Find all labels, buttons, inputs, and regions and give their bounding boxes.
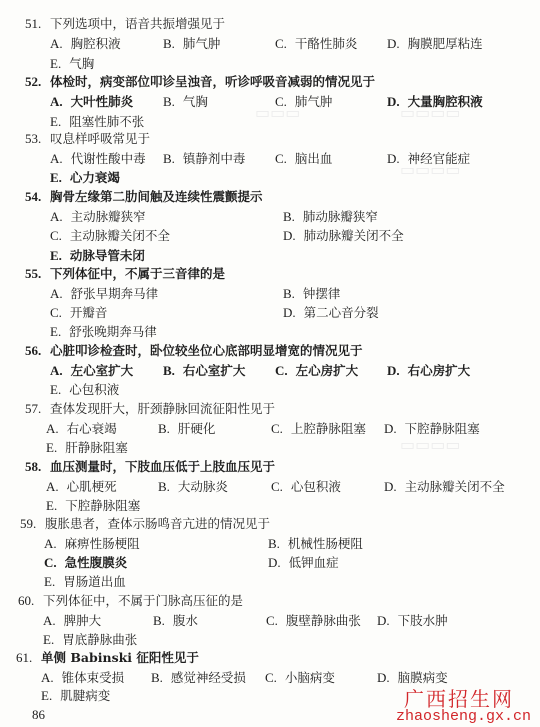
option-b: B.镇静剂中毒 xyxy=(163,149,245,169)
question-number: 51. xyxy=(25,14,41,34)
option-e: E.下腔静脉阻塞 xyxy=(46,496,140,516)
option-c: C.左心房扩大 xyxy=(275,361,358,381)
option-d: D.主动脉瓣关闭不全 xyxy=(384,477,505,497)
option-c: C.肺气肿 xyxy=(275,92,332,112)
option-d: D.低钾血症 xyxy=(268,553,339,573)
question-text: 心脏叩诊检查时，卧位较坐位心底部明显增宽的情况见于 xyxy=(50,341,363,361)
option-a: A.心肌梗死 xyxy=(46,477,117,497)
question-text: 单侧 Babinski 征阳性见于 xyxy=(41,648,199,668)
option-a: A.锥体束受损 xyxy=(41,668,124,688)
option-a: A.左心室扩大 xyxy=(50,361,133,381)
option-d: D.下腔静脉阻塞 xyxy=(384,419,480,439)
question-number: 53. xyxy=(25,129,41,149)
option-d: D.胸膜肥厚粘连 xyxy=(387,34,483,54)
option-a: A.胸腔积液 xyxy=(50,34,121,54)
question-number: 58. xyxy=(25,457,41,477)
option-a: A.舒张早期奔马律 xyxy=(50,284,158,304)
question-text: 血压测量时，下肢血压低于上肢血压见于 xyxy=(50,457,275,477)
option-e: E.舒张晚期奔马律 xyxy=(50,322,157,342)
question-number: 54. xyxy=(25,187,41,207)
option-e: E.心包积液 xyxy=(50,380,119,400)
option-b: B.右心室扩大 xyxy=(163,361,245,381)
option-b: B.肺气肿 xyxy=(163,34,220,54)
question-text: 查体发现肝大，肝颈静脉回流征阳性见于 xyxy=(50,399,275,419)
option-c: C.开瓣音 xyxy=(50,303,107,323)
question-number: 59. xyxy=(20,514,36,534)
option-c: C.腹壁静脉曲张 xyxy=(266,611,361,631)
option-a: A.右心衰竭 xyxy=(46,419,117,439)
option-c: C.干酪性肺炎 xyxy=(275,34,357,54)
option-b: B.腹水 xyxy=(153,611,198,631)
option-b: B.大动脉炎 xyxy=(158,477,228,497)
option-a: A.代谢性酸中毒 xyxy=(50,149,146,169)
option-b: B.机械性肠梗阻 xyxy=(268,534,363,554)
option-e: E.气胸 xyxy=(50,54,94,74)
option-c: C.小脑病变 xyxy=(265,668,335,688)
option-c: C.主动脉瓣关闭不全 xyxy=(50,226,170,246)
option-c: C.上腔静脉阻塞 xyxy=(271,419,366,439)
option-c: C.急性腹膜炎 xyxy=(44,553,127,573)
question-text: 下列选项中，语音共振增强见于 xyxy=(50,14,225,34)
question-number: 57. xyxy=(25,399,41,419)
question-text: 叹息样呼吸常见于 xyxy=(50,129,150,149)
question-text: 下列体征中，不属于三音律的是 xyxy=(50,264,225,284)
question-number: 56. xyxy=(25,341,41,361)
option-d: D.大量胸腔积液 xyxy=(387,92,483,112)
question-number: 60. xyxy=(18,591,34,611)
question-number: 61. xyxy=(16,648,32,668)
option-b: B.感觉神经受损 xyxy=(151,668,246,688)
question-text: 胸骨左缘第二肋间触及连续性震颤提示 xyxy=(50,187,263,207)
option-b: B.气胸 xyxy=(163,92,208,112)
option-b: B.肝硬化 xyxy=(158,419,215,439)
option-e: E.动脉导管未闭 xyxy=(50,246,145,266)
option-a: A.脾肿大 xyxy=(43,611,101,631)
option-d: D.下肢水肿 xyxy=(377,611,448,631)
option-a: A.大叶性肺炎 xyxy=(50,92,133,112)
question-number: 52. xyxy=(25,72,41,92)
option-e: E.胃底静脉曲张 xyxy=(43,630,137,650)
option-e: E.心力衰竭 xyxy=(50,168,120,188)
page-number: 86 xyxy=(32,707,45,723)
option-e: E.肌腱病变 xyxy=(41,686,110,706)
option-a: A.主动脉瓣狭窄 xyxy=(50,207,146,227)
option-b: B.钟摆律 xyxy=(283,284,340,304)
option-e: E.肝静脉阻塞 xyxy=(46,438,128,458)
question-text: 腹胀患者，查体示肠鸣音亢进的情况见于 xyxy=(45,514,270,534)
option-d: D.肺动脉瓣关闭不全 xyxy=(283,226,404,246)
option-d: D.右心房扩大 xyxy=(387,361,470,381)
exam-page: ▭▭▭ ▭▭▭▭ ▭▭▭▭ ▭▭▭▭ 51. 下列选项中，语音共振增强见于 A.… xyxy=(0,0,540,727)
question-number: 55. xyxy=(25,264,41,284)
option-e: E.胃肠道出血 xyxy=(44,572,126,592)
option-c: C.心包积液 xyxy=(271,477,341,497)
option-a: A.麻痹性肠梗阻 xyxy=(44,534,140,554)
question-text: 下列体征中，不属于门脉高压征的是 xyxy=(43,591,243,611)
watermark-url: zhaosheng.gx.cn xyxy=(396,708,531,725)
option-c: C.脑出血 xyxy=(275,149,332,169)
question-text: 体检时，病变部位叩诊呈浊音，听诊呼吸音减弱的情况见于 xyxy=(50,72,375,92)
option-b: B.肺动脉瓣狭窄 xyxy=(283,207,378,227)
option-d: D.神经官能症 xyxy=(387,149,470,169)
option-d: D.第二心音分裂 xyxy=(283,303,379,323)
